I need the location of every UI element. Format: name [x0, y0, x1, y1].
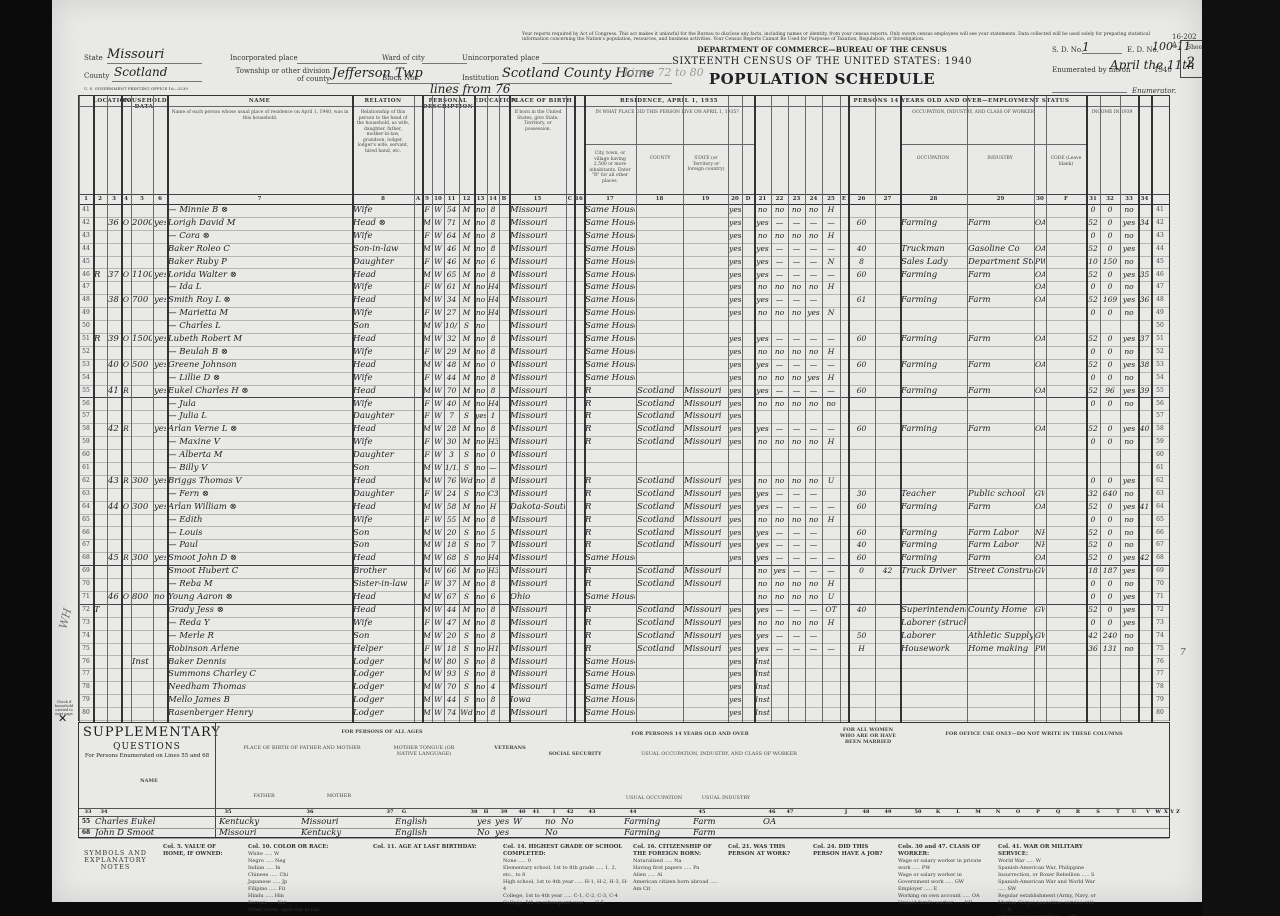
cell-seek: — [789, 643, 804, 656]
cell-job: — [806, 269, 821, 282]
table-row: 78Needham ThomasLodgerMW70Sno4MissouriSa… [79, 681, 1169, 695]
column-number: 9 [422, 195, 432, 204]
cell-job: — [806, 539, 821, 552]
cell-seek: no [789, 475, 804, 488]
cell-seek: no [789, 617, 804, 630]
cell-sex: F [423, 398, 431, 411]
cell-res: Same House [585, 281, 635, 294]
cell-pub: — [772, 630, 787, 643]
cell-sex: M [423, 565, 431, 578]
cell-farm35: yes [729, 643, 741, 656]
cell-fs: 37 [1139, 333, 1150, 346]
cell-res: R [585, 423, 635, 436]
cell-res: Same House [585, 217, 635, 230]
cell-ln: 67 [1152, 539, 1168, 552]
cell-gr: 8 [488, 578, 498, 591]
cell-oth: yes [1121, 243, 1137, 256]
cell-res: Same House [585, 333, 635, 346]
column-divider [771, 96, 772, 722]
cell-job: — [806, 501, 821, 514]
cell-farm [154, 204, 166, 217]
supp-cell-ind: Farm [693, 828, 758, 839]
cell-oth: yes [1121, 359, 1137, 372]
cell-ind: Public school [968, 488, 1033, 501]
cell-job: no [806, 204, 821, 217]
cell-hh: 45 [108, 552, 120, 565]
cell-line: 64 [80, 501, 92, 514]
cell-birth: Missouri [510, 269, 565, 282]
cell-hrs: 60 [849, 527, 874, 540]
cell-gr: 7 [488, 539, 498, 552]
cell-oth: no [1121, 398, 1137, 411]
cell-occ: Farming [901, 385, 966, 398]
cell-wag: 131 [1101, 643, 1119, 656]
column-number: D [742, 195, 754, 204]
cell-age: 37 [445, 578, 458, 591]
cell-occ: Teacher [901, 488, 966, 501]
cell-cls: OA [1035, 333, 1045, 346]
column-divider [352, 96, 354, 722]
supp-all-ages: FOR PERSONS OF ALL AGES [217, 729, 547, 735]
column-divider [121, 96, 123, 722]
column-instruction: INCOME IN 1939 [1086, 110, 1138, 116]
cell-wag: 0 [1101, 423, 1119, 436]
cell-res: Same House [585, 707, 635, 720]
cell-seek: no [789, 372, 804, 385]
cell-ln: 77 [1152, 668, 1168, 681]
cell-rel: Head [353, 591, 413, 604]
cell-rel: Lodger [353, 694, 413, 707]
cell-code: — [823, 217, 839, 230]
cell-seek: — [789, 385, 804, 398]
cell-ind: Farm [968, 333, 1033, 346]
institution-label: Institution [462, 74, 499, 82]
cell-value: 1500 [132, 333, 152, 346]
header-divider [79, 106, 1169, 107]
supp-column-number: 47 [781, 808, 799, 816]
cell-ms: M [460, 333, 473, 346]
cell-rel: Wife [353, 230, 413, 243]
cell-sex: F [423, 617, 431, 630]
cell-fs: 42 [1139, 552, 1150, 565]
sheet-number: 2 [1186, 55, 1195, 71]
cell-sch: no [475, 694, 486, 707]
cell-res: R [585, 410, 635, 423]
cell-birth: Missouri [510, 204, 565, 217]
cell-ln: 78 [1152, 681, 1168, 694]
cell-job: no [806, 230, 821, 243]
column-number: 26 [848, 195, 875, 204]
cell-code: — [823, 385, 839, 398]
cell-rel: Son [353, 462, 413, 475]
cell-co: Scotland [637, 436, 682, 449]
column-group-header: NAME [167, 98, 352, 104]
table-row: 46R37O1100yesLorida Walter ⊗HeadMW65Mno8… [79, 269, 1169, 283]
schedule-title: POPULATION SCHEDULE [672, 70, 972, 88]
cell-sex: M [423, 462, 431, 475]
cell-loc: R [94, 269, 106, 282]
cell-name: Baker Ruby P [168, 256, 351, 269]
table-row: 56— JulaWifeFW40MnoH4MissouriRScotlandMi… [79, 398, 1169, 412]
cell-gr: H1 [488, 643, 498, 656]
cell-code [823, 539, 839, 552]
cell-wag: 0 [1101, 591, 1119, 604]
cell-hh: 43 [108, 475, 120, 488]
cell-ln: 43 [1152, 230, 1168, 243]
cell-hh: 42 [108, 423, 120, 436]
cell-pub: — [772, 217, 787, 230]
cell-age: 70 [445, 385, 458, 398]
column-divider [444, 96, 445, 722]
cell-sch: no [475, 423, 486, 436]
cell-code: OT [823, 604, 839, 617]
cell-sex: F [423, 410, 431, 423]
cell-code: — [823, 333, 839, 346]
column-number: 32 [1100, 195, 1120, 204]
cell-own: R [122, 475, 130, 488]
cell-ind: County Home [968, 604, 1033, 617]
supp-cell-father: Kentucky [219, 817, 299, 828]
column-divider [1034, 96, 1035, 722]
cell-name: — Marietta M [168, 307, 351, 320]
column-divider [840, 96, 841, 722]
cell-st: Missouri [684, 604, 727, 617]
cell-ind: Gasoline Co [968, 243, 1033, 256]
cell-hh: 37 [108, 269, 120, 282]
cell-own: O [122, 591, 130, 604]
cell-sch: no [475, 333, 486, 346]
supp-column-number: L [949, 808, 967, 816]
cell-w: yes [755, 423, 770, 436]
cell-gr: 0 [488, 359, 498, 372]
cell-job: — [806, 256, 821, 269]
cell-sex: M [423, 527, 431, 540]
cell-hrs: 40 [849, 604, 874, 617]
cell-rel: Lodger [353, 681, 413, 694]
cell-line: 55 [80, 385, 92, 398]
cell-ln: 72 [1152, 604, 1168, 617]
cell-job: — [806, 359, 821, 372]
cell-name: Mello James B [168, 694, 351, 707]
cell-line: 68 [80, 552, 92, 565]
cell-res: R [585, 565, 635, 578]
cell-w: Inst [755, 668, 770, 681]
cell-sex: F [423, 514, 431, 527]
cell-hrs: 60 [849, 217, 874, 230]
column-divider [636, 96, 637, 722]
supp-cell-v39: No [477, 828, 495, 839]
cell-st: Missouri [684, 643, 727, 656]
column-group-header: RELATION [352, 98, 414, 104]
column-number: 10 [432, 195, 444, 204]
cell-value: 1100 [132, 269, 152, 282]
cell-ms: S [460, 449, 473, 462]
cell-job: — [806, 630, 821, 643]
cell-seek: — [789, 359, 804, 372]
cell-seek: — [789, 630, 804, 643]
cell-ind: Home making [968, 643, 1033, 656]
cell-occ: Farming [901, 539, 966, 552]
cell-line: 41 [80, 204, 92, 217]
cell-w: no [755, 591, 770, 604]
cell-cls: GW [1035, 488, 1045, 501]
supp-cell-line: 68 [79, 828, 93, 839]
cell-co: Scotland [637, 578, 682, 591]
cell-name: Lubeth Robert M [168, 333, 351, 346]
cell-wk39: 52 [1087, 604, 1099, 617]
cell-pub: — [772, 501, 787, 514]
cell-pub: no [772, 372, 787, 385]
cell-age: 76 [445, 475, 458, 488]
cell-farm35: yes [729, 668, 741, 681]
cell-race: W [433, 281, 443, 294]
county-value: Scotland [114, 65, 167, 79]
cell-w: yes [755, 243, 770, 256]
cell-farm35: yes [729, 333, 741, 346]
supp-usual-occ-head: USUAL OCCUPATION, INDUSTRY, AND CLASS OF… [619, 751, 819, 757]
notes-col41-title: Col. 41. WAR OR MILITARY SERVICE: [998, 844, 1083, 857]
note-item: Other races, spell out in full. [248, 907, 363, 914]
cell-sch: no [475, 656, 486, 669]
cell-job: yes [806, 307, 821, 320]
table-row: 51R39O1500yesLubeth Robert MHeadMW32Mno8… [79, 333, 1169, 347]
cell-wk39: 0 [1087, 204, 1099, 217]
cell-wag: 0 [1101, 204, 1119, 217]
cell-code: — [823, 552, 839, 565]
cell-ms: M [460, 514, 473, 527]
cell-sch: no [475, 617, 486, 630]
cell-hh: 38 [108, 294, 120, 307]
column-number: 12 [459, 195, 474, 204]
cell-name: — Fern ⊗ [168, 488, 351, 501]
cell-cls: GW [1035, 604, 1045, 617]
cell-farm: yes [154, 359, 166, 372]
cell-rel: Helper [353, 643, 413, 656]
cell-seek: — [789, 217, 804, 230]
cell-job: no [806, 617, 821, 630]
cell-age: 55 [445, 514, 458, 527]
cell-wk39: 52 [1087, 243, 1099, 256]
cell-wag: 0 [1101, 372, 1119, 385]
cell-value: 300 [132, 501, 152, 514]
cell-oth: no [1121, 527, 1137, 540]
column-number: E [840, 195, 848, 204]
cell-rel: Sister-in-law [353, 578, 413, 591]
cell-age: 93 [445, 668, 458, 681]
cell-job: no [806, 475, 821, 488]
supplementary-questions: SUPPLEMENTARY QUESTIONS For Persons Enum… [78, 722, 1170, 838]
cell-oth: yes [1121, 617, 1137, 630]
cell-rel: Head [353, 359, 413, 372]
cell-age: 29 [445, 346, 458, 359]
cell-name: Baker Roleo C [168, 243, 351, 256]
cell-rel: Brother [353, 565, 413, 578]
cell-co: Scotland [637, 604, 682, 617]
supp-column-number: M [969, 808, 987, 816]
cell-age: 54 [445, 204, 458, 217]
cell-w: yes [755, 501, 770, 514]
supp-for-persons: For Persons Enumerated on Lines 55 and 6… [81, 753, 213, 759]
cell-ln: 61 [1152, 462, 1168, 475]
cell-seek: — [789, 604, 804, 617]
cell-seek: — [789, 527, 804, 540]
notes-col16: Col. 16. CITIZENSHIP OF THE FOREIGN BORN… [633, 844, 723, 893]
cell-code: — [823, 423, 839, 436]
column-number: 21 [754, 195, 771, 204]
cell-co: Scotland [637, 617, 682, 630]
supp-column-number: 46 [763, 808, 781, 816]
column-divider [728, 96, 729, 722]
notes-col21: Col. 21. WAS THIS PERSON AT WORK? [728, 844, 808, 858]
column-divider [742, 96, 743, 722]
cell-age: 47 [445, 617, 458, 630]
sd-label: S. D. No. [1052, 46, 1083, 54]
column-group-header: HOUSEHOLD DATA [121, 98, 167, 110]
table-row: 4236O2000yesLorigh David MHead ⊗MW71Mno8… [79, 217, 1169, 231]
cell-name: — Reda Y [168, 617, 351, 630]
cell-rel: Son [353, 320, 413, 333]
cell-occ: Farming [901, 423, 966, 436]
column-divider [487, 96, 488, 722]
supp-cell-v41: W [513, 817, 527, 828]
cell-res: Same House [585, 307, 635, 320]
cell-fs: 38 [1139, 359, 1150, 372]
cell-wk39: 52 [1087, 385, 1099, 398]
column-number: 16 [574, 195, 584, 204]
cell-rel: Lodger [353, 668, 413, 681]
table-row: 5340O500yesGreene JohnsonHeadMW48Mno0Mis… [79, 359, 1169, 373]
cell-seek: — [789, 256, 804, 269]
cell-cls: GW [1035, 630, 1045, 643]
cell-birth: Missouri [510, 333, 565, 346]
cell-wag: 0 [1101, 436, 1119, 449]
cell-job: no [806, 591, 821, 604]
cell-ms: M [460, 204, 473, 217]
cell-wk39: 52 [1087, 269, 1099, 282]
cell-line: 62 [80, 475, 92, 488]
supp-cell-father: Missouri [219, 828, 299, 839]
cell-wks: 42 [876, 565, 899, 578]
cell-race: W [433, 488, 443, 501]
cell-line: 75 [80, 643, 92, 656]
supp-cell-v40: yes [495, 817, 513, 828]
cell-sch: no [475, 501, 486, 514]
cell-sch: no [475, 527, 486, 540]
cell-rel: Son-in-law [353, 243, 413, 256]
cell-pub: no [772, 398, 787, 411]
cell-sch: no [475, 256, 486, 269]
column-number: 14 [487, 195, 499, 204]
table-row: 50— Charles LSonMW10/12SnoMissouriSame H… [79, 320, 1169, 334]
cell-oth: yes [1121, 423, 1137, 436]
notes-col11: Col. 11. AGE AT LAST BIRTHDAY: [373, 844, 503, 851]
cell-ln: 64 [1152, 501, 1168, 514]
table-row: 44Baker Roleo CSon-in-lawMW46Mno8Missour… [79, 243, 1169, 257]
cell-farm35: yes [729, 707, 741, 720]
cell-res: R [585, 514, 635, 527]
cell-value: 700 [132, 294, 152, 307]
cell-res: Same House [585, 694, 635, 707]
cell-age: 71 [445, 217, 458, 230]
cell-res: Same House [585, 204, 635, 217]
cell-oth: yes [1121, 269, 1137, 282]
cell-name: — Louis [168, 527, 351, 540]
cell-age: 24 [445, 488, 458, 501]
cell-sex: F [423, 449, 431, 462]
cell-race: W [433, 707, 443, 720]
cell-gr: 4 [488, 681, 498, 694]
cell-age: 3 [445, 449, 458, 462]
cell-race: W [433, 643, 443, 656]
column-divider [574, 96, 576, 722]
cell-rel: Wife [353, 617, 413, 630]
cell-hrs: 8 [849, 256, 874, 269]
cell-pub: no [772, 578, 787, 591]
cell-own: R [122, 552, 130, 565]
cell-occ [901, 204, 966, 217]
cell-wk39: 52 [1087, 539, 1099, 552]
cell-res: Same House [585, 230, 635, 243]
cell-birth: Missouri [510, 604, 565, 617]
scan-border-right [1202, 0, 1280, 916]
column-instruction: STATE (or Territory or foreign country) [686, 156, 726, 173]
cell-hrs: 40 [849, 539, 874, 552]
cell-res: Same House [585, 372, 635, 385]
cell-ms: S [460, 552, 473, 565]
cell-line: 71 [80, 591, 92, 604]
cell-sch: no [475, 372, 486, 385]
cell-code: U [823, 475, 839, 488]
table-row: 77Summons Charley CLodgerMW93Sno8Missour… [79, 668, 1169, 682]
supp-birth-parents: PLACE OF BIRTH OF FATHER AND MOTHER [217, 745, 387, 751]
notes-symbols: SYMBOLS AND EXPLANATORY NOTES [78, 850, 153, 871]
column-number: 5 [131, 195, 153, 204]
cell-w: no [755, 475, 770, 488]
cell-oth: yes [1121, 565, 1137, 578]
cell-age: 68 [445, 552, 458, 565]
cell-oth: no [1121, 436, 1137, 449]
cell-name: Briggs Thomas V [168, 475, 351, 488]
cell-name: — Minnie B ⊗ [168, 204, 351, 217]
cell-res: Same House [585, 320, 635, 333]
supp-cell-tongue: English [395, 817, 465, 828]
cell-name: — Cora ⊗ [168, 230, 351, 243]
cell-ln: 50 [1152, 320, 1168, 333]
incorporated-line [297, 63, 407, 64]
cell-line: 49 [80, 307, 92, 320]
cell-race: W [433, 372, 443, 385]
cell-line: 56 [80, 398, 92, 411]
cell-age: 66 [445, 565, 458, 578]
cell-wag: 0 [1101, 281, 1119, 294]
column-number: 18 [636, 195, 683, 204]
cell-code: — [823, 501, 839, 514]
cell-race: W [433, 527, 443, 540]
cell-race: W [433, 217, 443, 230]
cell-sch: no [475, 488, 486, 501]
cell-w: Inst [755, 694, 770, 707]
cell-fs: 34 [1139, 217, 1150, 230]
cell-hrs: 30 [849, 488, 874, 501]
cell-gr: 8 [488, 656, 498, 669]
column-divider [167, 96, 169, 722]
supp-column-number: N [989, 808, 1007, 816]
column-divider [875, 96, 876, 722]
table-row: 54— Lillie D ⊗WifeFW44Mno8MissouriSame H… [79, 372, 1169, 386]
column-number: 28 [900, 195, 967, 204]
cell-ms: S [460, 488, 473, 501]
column-number: 8 [352, 195, 414, 204]
